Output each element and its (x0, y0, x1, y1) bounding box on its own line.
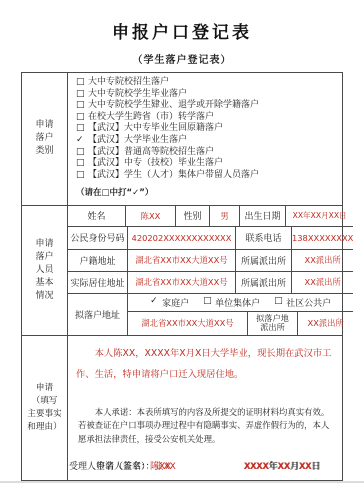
phone-value: 138XXXXXXXX (292, 227, 353, 249)
checkbox-icon: □ (76, 158, 88, 170)
living-address-row: 实际居住地址 湖北省XX市XX大道XX号 所属派出所 XX派出所 (68, 271, 353, 293)
page-title: 申报户口登记表 (0, 0, 364, 43)
category-section-label: 申请 落户 类别 (22, 73, 68, 205)
category-option-label: 【武汉】普通高等院校招生落户 (88, 147, 214, 159)
target-address-value: 湖北省XX市XX大道XX号 (128, 312, 248, 335)
category-option-label: 【武汉】大学毕业生落户 (88, 135, 187, 147)
form-table: 申请 落户 类别 □大中专院校招生落户 □大中专院校学生毕业落户 □大中专院校学… (21, 72, 343, 481)
target-address-subrow: 湖北省XX市XX大道XX号 拟落户地 派出所 XX派出所 (128, 312, 353, 335)
hukou-address-row: 户籍地址 湖北省XX市XX大道XX号 所属派出所 XX派出所 (68, 249, 353, 271)
date-day: XX (300, 462, 312, 472)
hukou-police-label: 所属派出所 (236, 250, 292, 271)
category-option: □大中专院校学生毕业落户 (76, 89, 338, 101)
category-section: 申请 落户 类别 □大中专院校招生落户 □大中专院校学生毕业落户 □大中专院校学… (22, 73, 342, 205)
person-section: 申请 落户 人员 基本 情况 姓名 陈XX 性别 男 出生日期 XX年XX月XX… (22, 205, 342, 335)
target-type-option: □社区公共户 (274, 296, 331, 309)
living-police-label: 所属派出所 (236, 272, 292, 293)
target-type-label: 单位集体户 (215, 296, 260, 309)
checkmark-icon: ✓ (76, 135, 88, 147)
birth-label: 出生日期 (240, 206, 286, 226)
target-type-option: □单位集体户 (203, 296, 260, 309)
category-option-checked: ✓【武汉】大学毕业生落户 (76, 135, 338, 147)
receipt-row: 受理人签名（盖章）：张XX XXXX年XX月XX日 (21, 459, 343, 472)
id-row: 公民身份号码 420202XXXXXXXXXXXX 联系电话 138XXXXXX… (68, 226, 353, 249)
name-label: 姓名 (68, 206, 126, 226)
target-police-label: 拟落户地 派出所 (248, 312, 298, 335)
checkbox-icon: □ (76, 123, 88, 135)
category-option: □【武汉】普通高等院校招生落户 (76, 147, 338, 159)
checkbox-icon: □ (203, 296, 215, 309)
receipt-date: XXXX年XX月XX日 (245, 459, 321, 472)
checkbox-icon: □ (76, 170, 88, 182)
name-row: 姓名 陈XX 性别 男 出生日期 XX年XX月XX日 (68, 206, 353, 226)
application-statement: 本人陈XX，XXXX年X月X日大学毕业，现长期在武汉市工作、生活，特申请将户口迁… (76, 343, 334, 385)
gender-label: 性别 (176, 206, 210, 226)
page-subtitle: （学生落户登记表） (0, 51, 364, 66)
registration-form-sheet: 申报户口登记表 （学生落户登记表） 申请 落户 类别 □大中专院校招生落户 □大… (0, 0, 364, 488)
person-label-line: 落户 (35, 251, 53, 264)
target-type-label: 社区公共户 (286, 296, 331, 309)
category-option: □大中专院校学生肄业、退学或开除学籍落户 (76, 100, 338, 112)
date-day-unit: 日 (312, 462, 321, 472)
checkbox-icon: □ (76, 112, 88, 124)
receipt-sign-label: 受理人签名（盖章）： (69, 462, 155, 472)
living-address-value: 湖北省XX市XX大道XX号 (128, 272, 236, 293)
category-label-line: 落户 (35, 132, 53, 145)
bottom-divider (0, 481, 364, 483)
checkbox-icon: □ (76, 147, 88, 159)
date-month-unit: 月 (291, 462, 300, 472)
category-option-label: 【武汉】大中专毕业生回原籍落户 (88, 123, 223, 135)
category-option: □【武汉】大中专毕业生回原籍落户 (76, 123, 338, 135)
phone-label: 联系电话 (236, 227, 292, 249)
target-type-options: ✓家庭户 □单位集体户 □社区公共户 (128, 294, 353, 312)
checkbox-icon: □ (76, 89, 88, 101)
checkbox-icon: □ (76, 100, 88, 112)
id-value: 420202XXXXXXXXXXXX (128, 227, 236, 249)
hukou-address-value: 湖北省XX市XX大道XX号 (128, 250, 236, 271)
target-address-row: 拟落户地址 ✓家庭户 □单位集体户 □社区公共户 湖北省XX市XX大道XX号 拟… (68, 293, 353, 335)
category-option-label: 在校大学生跨省（市）转学落户 (88, 112, 214, 124)
application-label-line: 和理由） (27, 421, 61, 434)
application-label-line: 申请 (36, 382, 53, 395)
category-option: □【武汉】学生（人才）集体户带留人员落户 (76, 170, 338, 182)
date-year-unit: 年 (269, 462, 278, 472)
application-label-line: 主要事实 (27, 408, 61, 421)
name-value: 陈XX (126, 206, 176, 226)
category-option: □大中专院校招生落户 (76, 77, 338, 89)
category-option-label: 【武汉】学生（人才）集体户带留人员落户 (88, 170, 259, 182)
category-option-label: 大中专院校学生肄业、退学或开除学籍落户 (88, 100, 259, 112)
checkbox-icon: □ (76, 77, 88, 89)
person-grid: 姓名 陈XX 性别 男 出生日期 XX年XX月XX日 公民身份号码 420202… (68, 206, 353, 335)
person-label-line: 申请 (35, 238, 53, 251)
target-address-detail: ✓家庭户 □单位集体户 □社区公共户 湖北省XX市XX大道XX号 拟落户地 派出… (128, 294, 353, 335)
category-option: □【武汉】中专（技校）毕业生落户 (76, 158, 338, 170)
application-label-line: （填写 (32, 395, 58, 408)
living-police-value: XX派出所 (292, 272, 353, 293)
person-label-line: 基本 (35, 277, 53, 290)
living-address-label: 实际居住地址 (68, 272, 128, 293)
category-option: □在校大学生跨省（市）转学落户 (76, 112, 338, 124)
receipt-signature: 受理人签名（盖章）：张XX (69, 459, 176, 472)
category-label-line: 类别 (35, 145, 53, 158)
person-label-line: 人员 (35, 264, 53, 277)
category-option-label: 大中专院校学生毕业落户 (88, 89, 187, 101)
category-note: （请在□中打“✓”） (76, 188, 338, 200)
category-option-label: 【武汉】中专（技校）毕业生落户 (88, 158, 223, 170)
target-police-label-line: 派出所 (260, 323, 285, 333)
category-label-line: 申请 (35, 119, 53, 132)
gender-value: 男 (210, 206, 240, 226)
date-year: XXXX (245, 462, 270, 472)
target-type-checked: ✓家庭户 (150, 296, 189, 309)
category-option-label: 大中专院校招生落户 (88, 77, 169, 89)
checkbox-icon: □ (274, 296, 286, 309)
target-police-value: XX派出所 (298, 312, 353, 335)
category-options: □大中专院校招生落户 □大中专院校学生毕业落户 □大中专院校学生肄业、退学或开除… (68, 73, 342, 205)
date-month: XX (278, 462, 290, 472)
receipt-sign-value: 张XX (155, 462, 176, 472)
birth-value: XX年XX月XX日 (286, 206, 353, 226)
target-type-label: 家庭户 (162, 296, 189, 309)
id-label: 公民身份号码 (68, 227, 128, 249)
person-label-line: 情况 (35, 290, 53, 303)
hukou-address-label: 户籍地址 (68, 250, 128, 271)
checkmark-icon: ✓ (150, 296, 162, 309)
hukou-police-value: XX派出所 (292, 250, 353, 271)
target-address-label: 拟落户地址 (68, 294, 128, 335)
person-section-label: 申请 落户 人员 基本 情况 (22, 206, 68, 335)
application-promise: 本人承诺：本表所填写的内容及所提交的证明材料均真实有效。若被查证在户口事项办理过… (78, 406, 337, 447)
